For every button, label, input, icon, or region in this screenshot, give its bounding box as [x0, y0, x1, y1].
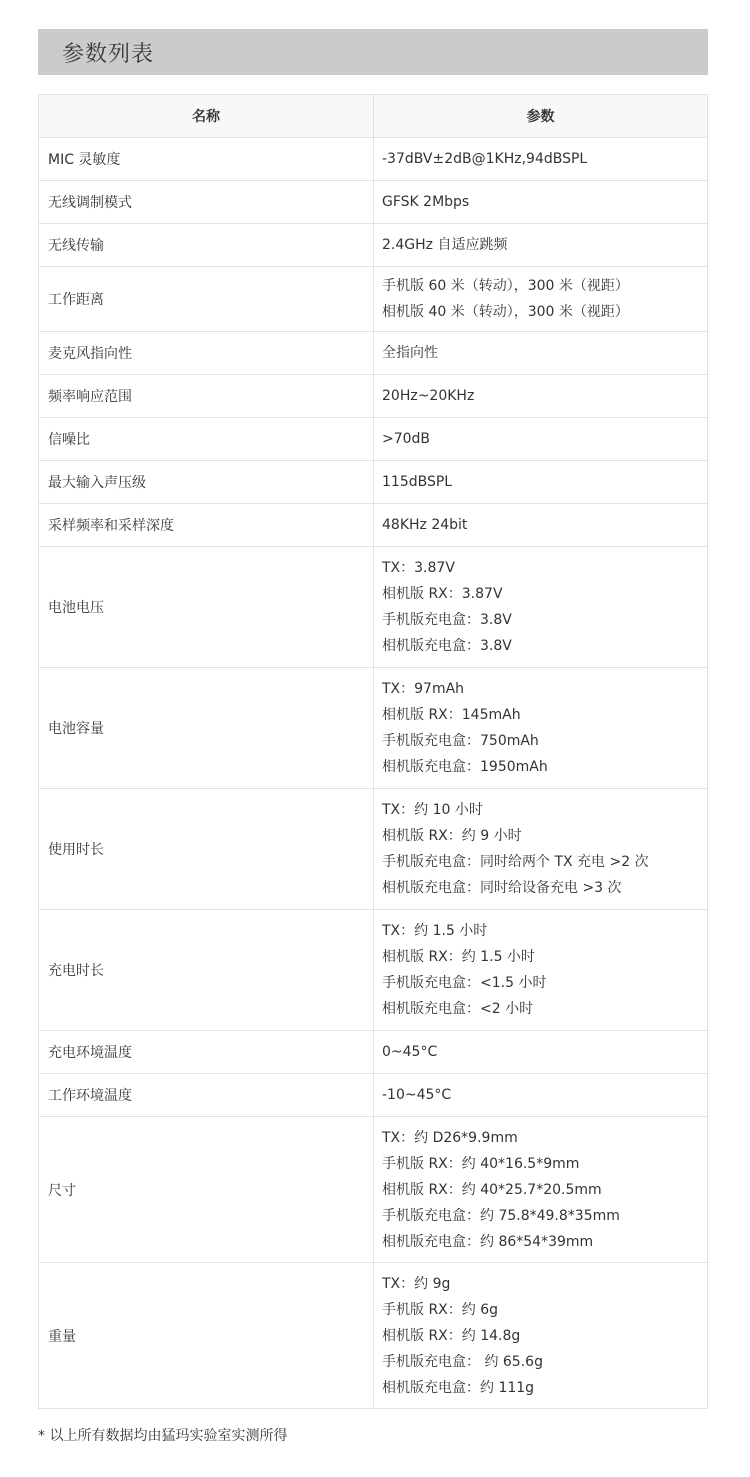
spec-value-line: 相机版 RX：约 9 小时	[382, 823, 707, 849]
spec-value-line: 手机版充电盒：约 75.8*49.8*35mm	[382, 1203, 707, 1229]
spec-name: 电池电压	[39, 547, 374, 668]
spec-value-line: -37dBV±2dB@1KHz,94dBSPL	[382, 146, 707, 172]
spec-value-line: 手机版 RX：约 40*16.5*9mm	[382, 1151, 707, 1177]
spec-value-line: 相机版充电盒：同时给设备充电 >3 次	[382, 875, 707, 901]
spec-name: 充电时长	[39, 910, 374, 1031]
spec-value-line: 2.4GHz 自适应跳频	[382, 232, 707, 258]
spec-value: >70dB	[374, 418, 708, 461]
spec-value-line: 手机版充电盒：<1.5 小时	[382, 970, 707, 996]
spec-name: 尺寸	[39, 1117, 374, 1263]
spec-value-line: 0~45°C	[382, 1039, 707, 1065]
spec-name: 无线传输	[39, 224, 374, 267]
table-row: 麦克风指向性 全指向性	[39, 332, 708, 375]
spec-value-line: 相机版 RX：3.87V	[382, 581, 707, 607]
spec-name: 最大输入声压级	[39, 461, 374, 504]
spec-name: 无线调制模式	[39, 181, 374, 224]
spec-value-line: TX：约 1.5 小时	[382, 918, 707, 944]
spec-value-line: 相机版充电盒：约 111g	[382, 1375, 707, 1401]
spec-name: 电池容量	[39, 668, 374, 789]
spec-value: TX：约 9g 手机版 RX：约 6g 相机版 RX：约 14.8g 手机版充电…	[374, 1263, 708, 1409]
spec-name: 工作距离	[39, 267, 374, 332]
spec-value-line: >70dB	[382, 426, 707, 452]
spec-value: -37dBV±2dB@1KHz,94dBSPL	[374, 138, 708, 181]
table-row: 无线传输 2.4GHz 自适应跳频	[39, 224, 708, 267]
table-row: 工作距离 手机版 60 米（转动），300 米（视距） 相机版 40 米（转动）…	[39, 267, 708, 332]
spec-name: 采样频率和采样深度	[39, 504, 374, 547]
spec-name: 工作环境温度	[39, 1074, 374, 1117]
section-title: 参数列表	[62, 37, 154, 68]
spec-value-line: TX：3.87V	[382, 555, 707, 581]
spec-value-line: 手机版充电盒： 约 65.6g	[382, 1349, 707, 1375]
column-header-value: 参数	[374, 95, 708, 138]
spec-value: 115dBSPL	[374, 461, 708, 504]
spec-value: TX：97mAh 相机版 RX：145mAh 手机版充电盒：750mAh 相机版…	[374, 668, 708, 789]
spec-value-line: 相机版充电盒：3.8V	[382, 633, 707, 659]
table-row: 充电环境温度 0~45°C	[39, 1031, 708, 1074]
spec-value-line: -10~45°C	[382, 1082, 707, 1108]
column-header-name: 名称	[39, 95, 374, 138]
spec-value: 0~45°C	[374, 1031, 708, 1074]
spec-value-line: 48KHz 24bit	[382, 512, 707, 538]
spec-name: 信噪比	[39, 418, 374, 461]
spec-value-line: 相机版充电盒：约 86*54*39mm	[382, 1229, 707, 1255]
table-row: MIC 灵敏度 -37dBV±2dB@1KHz,94dBSPL	[39, 138, 708, 181]
table-row: 无线调制模式 GFSK 2Mbps	[39, 181, 708, 224]
spec-value-line: 手机版充电盒：同时给两个 TX 充电 >2 次	[382, 849, 707, 875]
spec-value: 48KHz 24bit	[374, 504, 708, 547]
table-header-row: 名称 参数	[39, 95, 708, 138]
table-row: 频率响应范围 20Hz~20KHz	[39, 375, 708, 418]
spec-value-line: 手机版充电盒：750mAh	[382, 728, 707, 754]
spec-value-line: 相机版充电盒：1950mAh	[382, 754, 707, 780]
spec-value: 20Hz~20KHz	[374, 375, 708, 418]
spec-value: 2.4GHz 自适应跳频	[374, 224, 708, 267]
table-row: 使用时长 TX：约 10 小时 相机版 RX：约 9 小时 手机版充电盒：同时给…	[39, 789, 708, 910]
table-row: 尺寸 TX：约 D26*9.9mm 手机版 RX：约 40*16.5*9mm 相…	[39, 1117, 708, 1263]
table-row: 电池容量 TX：97mAh 相机版 RX：145mAh 手机版充电盒：750mA…	[39, 668, 708, 789]
spec-value-line: 手机版 RX：约 6g	[382, 1297, 707, 1323]
spec-value-line: 相机版 RX：145mAh	[382, 702, 707, 728]
table-row: 重量 TX：约 9g 手机版 RX：约 6g 相机版 RX：约 14.8g 手机…	[39, 1263, 708, 1409]
spec-value-line: 相机版 40 米（转动），300 米（视距）	[382, 299, 707, 325]
spec-value: TX：3.87V 相机版 RX：3.87V 手机版充电盒：3.8V 相机版充电盒…	[374, 547, 708, 668]
spec-value: -10~45°C	[374, 1074, 708, 1117]
spec-value-line: GFSK 2Mbps	[382, 189, 707, 215]
spec-value-line: TX：约 10 小时	[382, 797, 707, 823]
table-row: 最大输入声压级 115dBSPL	[39, 461, 708, 504]
spec-name: 使用时长	[39, 789, 374, 910]
spec-name: MIC 灵敏度	[39, 138, 374, 181]
spec-name: 重量	[39, 1263, 374, 1409]
spec-value-line: TX：约 9g	[382, 1271, 707, 1297]
table-row: 充电时长 TX：约 1.5 小时 相机版 RX：约 1.5 小时 手机版充电盒：…	[39, 910, 708, 1031]
spec-value-line: 手机版充电盒：3.8V	[382, 607, 707, 633]
spec-value: TX：约 10 小时 相机版 RX：约 9 小时 手机版充电盒：同时给两个 TX…	[374, 789, 708, 910]
spec-value: 手机版 60 米（转动），300 米（视距） 相机版 40 米（转动），300 …	[374, 267, 708, 332]
spec-value-line: 115dBSPL	[382, 469, 707, 495]
spec-name: 充电环境温度	[39, 1031, 374, 1074]
spec-value-line: 相机版 RX：约 14.8g	[382, 1323, 707, 1349]
spec-value: GFSK 2Mbps	[374, 181, 708, 224]
spec-table: 名称 参数 MIC 灵敏度 -37dBV±2dB@1KHz,94dBSPL 无线…	[38, 94, 708, 1409]
footnote: * 以上所有数据均由猛玛实验室实测所得	[38, 1425, 287, 1445]
spec-value-line: 20Hz~20KHz	[382, 383, 707, 409]
table-row: 采样频率和采样深度 48KHz 24bit	[39, 504, 708, 547]
spec-name: 频率响应范围	[39, 375, 374, 418]
table-row: 电池电压 TX：3.87V 相机版 RX：3.87V 手机版充电盒：3.8V 相…	[39, 547, 708, 668]
spec-value-line: 手机版 60 米（转动），300 米（视距）	[382, 273, 707, 299]
spec-value-line: 相机版 RX：约 1.5 小时	[382, 944, 707, 970]
spec-value-line: TX：约 D26*9.9mm	[382, 1125, 707, 1151]
spec-value-line: 相机版 RX：约 40*25.7*20.5mm	[382, 1177, 707, 1203]
spec-value: 全指向性	[374, 332, 708, 375]
table-row: 信噪比 >70dB	[39, 418, 708, 461]
spec-value-line: 相机版充电盒：<2 小时	[382, 996, 707, 1022]
spec-value: TX：约 D26*9.9mm 手机版 RX：约 40*16.5*9mm 相机版 …	[374, 1117, 708, 1263]
section-header-bar: 参数列表	[38, 29, 708, 75]
spec-value-line: 全指向性	[382, 340, 707, 366]
table-row: 工作环境温度 -10~45°C	[39, 1074, 708, 1117]
spec-value-line: TX：97mAh	[382, 676, 707, 702]
spec-name: 麦克风指向性	[39, 332, 374, 375]
spec-value: TX：约 1.5 小时 相机版 RX：约 1.5 小时 手机版充电盒：<1.5 …	[374, 910, 708, 1031]
